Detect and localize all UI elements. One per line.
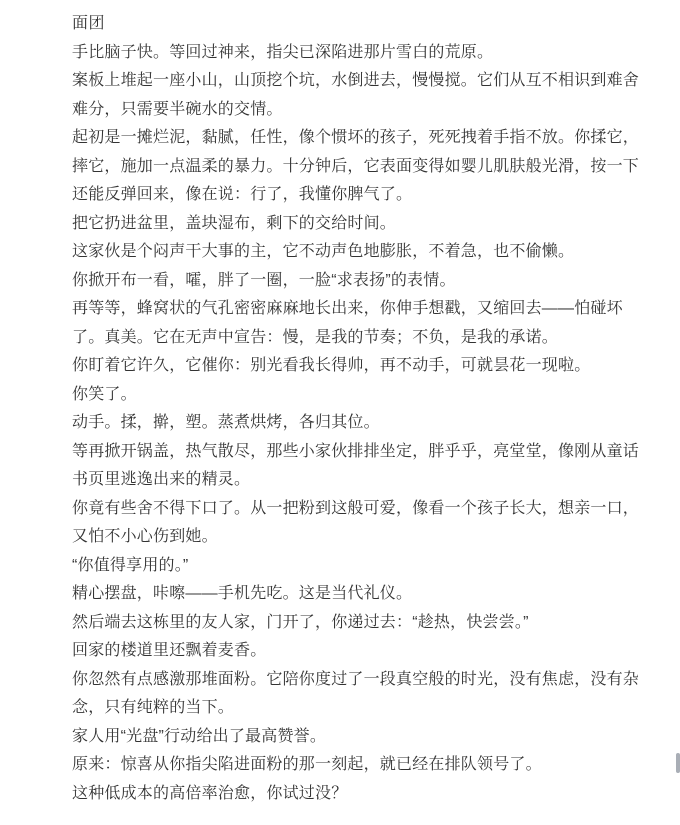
text-line: 家人用“光盘”行动给出了最高赞誉。 <box>72 723 614 752</box>
text-line: 起初是一摊烂泥，黏腻，任性，像个惯坏的孩子，死死拽着手指不放。你揉它， <box>72 124 614 153</box>
text-line: 你盯着它许久，它催你：别光看我长得帅，再不动手，可就昙花一现啦。 <box>72 352 614 381</box>
text-line: 动手。揉，擀，塑。蒸煮烘烤，各归其位。 <box>72 409 614 438</box>
paragraph: 案板上堆起一座小山，山顶挖个坑，水倒进去，慢慢搅。它们从互不相识到难舍难分，只需… <box>72 67 614 124</box>
text-line: 再等等，蜂窝状的气孔密密麻麻地长出来，你伸手想戳，又缩回去——怕碰坏 <box>72 295 614 324</box>
paragraph: 你忽然有点感激那堆面粉。它陪你度过了一段真空般的时光，没有焦虑，没有杂念，只有纯… <box>72 666 614 723</box>
text-line: 然后端去这栋里的友人家，门开了，你递过去：“趁热，快尝尝。” <box>72 609 614 638</box>
paragraph: 等再掀开锅盖，热气散尽，那些小家伙排排坐定，胖乎乎，亮堂堂，像刚从童话书页里逃逸… <box>72 438 614 495</box>
paragraph: 家人用“光盘”行动给出了最高赞誉。 <box>72 723 614 752</box>
text-line: 原来：惊喜从你指尖陷进面粉的那一刻起，就已经在排队领号了。 <box>72 751 614 780</box>
text-line: 念，只有纯粹的当下。 <box>72 694 614 723</box>
text-line: 精心摆盘，咔嚓——手机先吃。这是当代礼仪。 <box>72 580 614 609</box>
text-line: 难分，只需要半碗水的交情。 <box>72 96 614 125</box>
paragraph: 起初是一摊烂泥，黏腻，任性，像个惯坏的孩子，死死拽着手指不放。你揉它，摔它，施加… <box>72 124 614 210</box>
text-line: 等再掀开锅盖，热气散尽，那些小家伙排排坐定，胖乎乎，亮堂堂，像刚从童话 <box>72 438 614 467</box>
paragraph: 然后端去这栋里的友人家，门开了，你递过去：“趁热，快尝尝。” <box>72 609 614 638</box>
scrollbar-thumb[interactable] <box>676 753 680 773</box>
text-line: “你值得享用的。” <box>72 552 614 581</box>
text-line: 这家伙是个闷声干大事的主，它不动声色地膨胀，不着急，也不偷懒。 <box>72 238 614 267</box>
text-line: 又怕不小心伤到她。 <box>72 523 614 552</box>
paragraph: 这种低成本的高倍率治愈，你试过没？ <box>72 780 614 809</box>
text-line: 你竟有些舍不得下口了。从一把粉到这般可爱，像看一个孩子长大，想亲一口， <box>72 495 614 524</box>
paragraph: 回家的楼道里还飘着麦香。 <box>72 637 614 666</box>
text-line: 回家的楼道里还飘着麦香。 <box>72 637 614 666</box>
paragraph: 动手。揉，擀，塑。蒸煮烘烤，各归其位。 <box>72 409 614 438</box>
text-line: 你掀开布一看，嚯，胖了一圈，一脸“求表扬”的表情。 <box>72 267 614 296</box>
paragraph: 原来：惊喜从你指尖陷进面粉的那一刻起，就已经在排队领号了。 <box>72 751 614 780</box>
text-line: 案板上堆起一座小山，山顶挖个坑，水倒进去，慢慢搅。它们从互不相识到难舍 <box>72 67 614 96</box>
text-line: 这种低成本的高倍率治愈，你试过没？ <box>72 780 614 809</box>
text-line: 把它扔进盆里，盖块湿布，剩下的交给时间。 <box>72 210 614 239</box>
text-line: 你忽然有点感激那堆面粉。它陪你度过了一段真空般的时光，没有焦虑，没有杂 <box>72 666 614 695</box>
paragraph: 你笑了。 <box>72 381 614 410</box>
paragraph: 这家伙是个闷声干大事的主，它不动声色地膨胀，不着急，也不偷懒。 <box>72 238 614 267</box>
paragraph: 把它扔进盆里，盖块湿布，剩下的交给时间。 <box>72 210 614 239</box>
paragraph: 手比脑子快。等回过神来，指尖已深陷进那片雪白的荒原。 <box>72 39 614 68</box>
paragraph: 你掀开布一看，嚯，胖了一圈，一脸“求表扬”的表情。 <box>72 267 614 296</box>
doc-body: 手比脑子快。等回过神来，指尖已深陷进那片雪白的荒原。案板上堆起一座小山，山顶挖个… <box>72 39 614 809</box>
text-line: 手比脑子快。等回过神来，指尖已深陷进那片雪白的荒原。 <box>72 39 614 68</box>
paragraph: 再等等，蜂窝状的气孔密密麻麻地长出来，你伸手想戳，又缩回去——怕碰坏了。真美。它… <box>72 295 614 352</box>
paragraph: 精心摆盘，咔嚓——手机先吃。这是当代礼仪。 <box>72 580 614 609</box>
paragraph: 你盯着它许久，它催你：别光看我长得帅，再不动手，可就昙花一现啦。 <box>72 352 614 381</box>
text-line: 还能反弹回来，像在说：行了，我懂你脾气了。 <box>72 181 614 210</box>
text-line: 了。真美。它在无声中宣告：慢，是我的节奏；不负，是我的承诺。 <box>72 324 614 353</box>
doc-title: 面团 <box>72 10 614 39</box>
text-line: 你笑了。 <box>72 381 614 410</box>
document-page: 面团 手比脑子快。等回过神来，指尖已深陷进那片雪白的荒原。案板上堆起一座小山，山… <box>0 0 680 825</box>
text-line: 书页里逃逸出来的精灵。 <box>72 466 614 495</box>
text-line: 摔它，施加一点温柔的暴力。十分钟后，它表面变得如婴儿肌肤般光滑，按一下 <box>72 153 614 182</box>
paragraph: “你值得享用的。” <box>72 552 614 581</box>
paragraph: 你竟有些舍不得下口了。从一把粉到这般可爱，像看一个孩子长大，想亲一口，又怕不小心… <box>72 495 614 552</box>
